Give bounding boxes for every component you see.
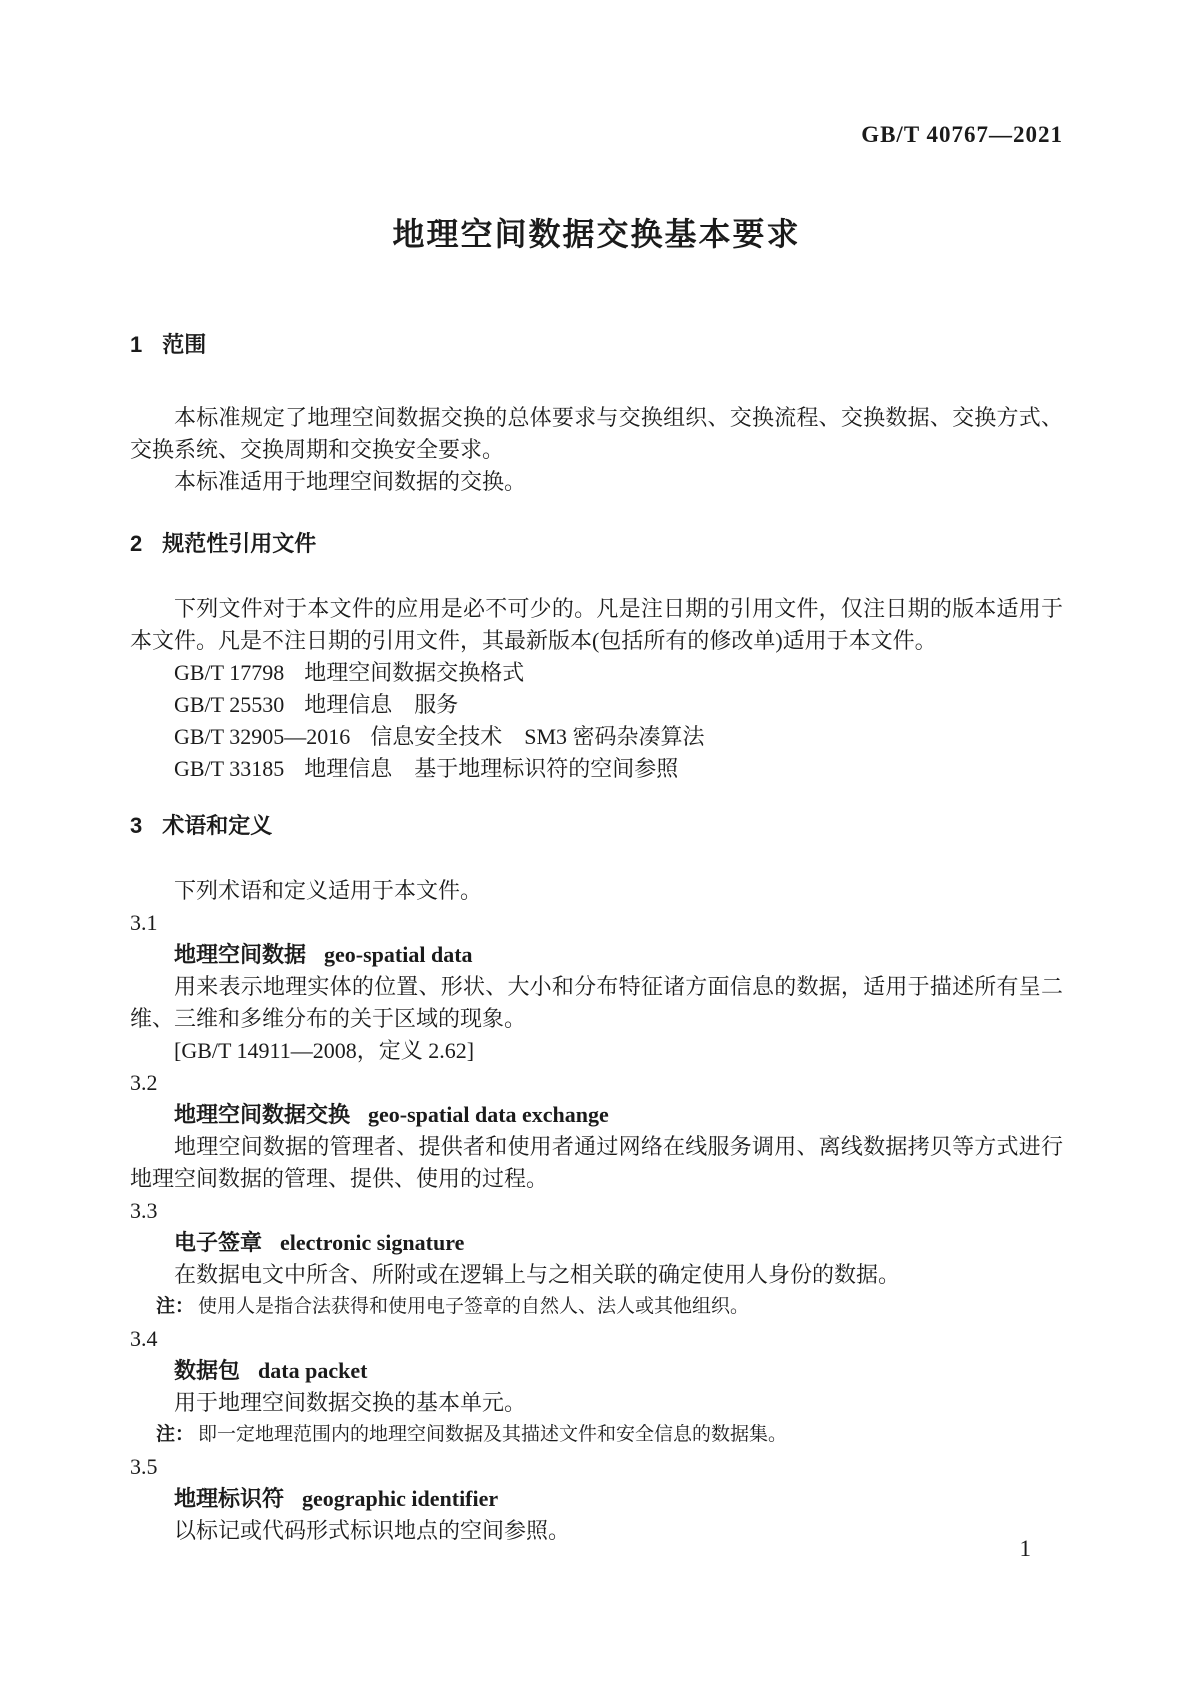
section-2-title: 规范性引用文件 (162, 531, 316, 556)
term-zh: 地理空间数据交换 (174, 1102, 350, 1127)
term-id: 3.3 (130, 1195, 1063, 1227)
term-block-3-5: 3.5 地理标识符geographic identifier 以标记或代码形式标… (130, 1451, 1063, 1547)
term-line: 电子签章electronic signature (130, 1227, 1063, 1259)
term-block-3-1: 3.1 地理空间数据geo-spatial data 用来表示地理实体的位置、形… (130, 907, 1063, 1067)
scope-paragraph-2: 本标准适用于地理空间数据的交换。 (130, 466, 1063, 498)
note-text: 使用人是指合法获得和使用电子签章的自然人、法人或其他组织。 (198, 1296, 749, 1317)
note-text: 即一定地理范围内的地理空间数据及其描述文件和安全信息的数据集。 (198, 1424, 787, 1445)
document-title: 地理空间数据交换基本要求 (130, 214, 1063, 254)
term-line: 地理空间数据交换geo-spatial data exchange (130, 1099, 1063, 1131)
term-block-3-2: 3.2 地理空间数据交换geo-spatial data exchange 地理… (130, 1067, 1063, 1195)
reference-item: GB/T 17798地理空间数据交换格式 (130, 657, 1063, 689)
term-line: 地理空间数据geo-spatial data (130, 939, 1063, 971)
reference-name: 信息安全技术 SM3 密码杂凑算法 (370, 724, 704, 749)
note-label: 注： (156, 1424, 194, 1445)
term-id: 3.4 (130, 1323, 1063, 1355)
page-number: 1 (1020, 1536, 1032, 1562)
term-block-3-3: 3.3 电子签章electronic signature 在数据电文中所含、所附… (130, 1195, 1063, 1323)
section-1-number: 1 (130, 332, 142, 357)
term-definition: 用于地理空间数据交换的基本单元。 (130, 1387, 1063, 1419)
section-3-title: 术语和定义 (162, 813, 272, 838)
term-id: 3.1 (130, 907, 1063, 939)
term-en: geo-spatial data exchange (368, 1102, 609, 1127)
standard-code: GB/T 40767—2021 (130, 122, 1063, 148)
term-definition: 用来表示地理实体的位置、形状、大小和分布特征诸方面信息的数据，适用于描述所有呈二… (130, 971, 1063, 1035)
section-3-heading: 3术语和定义 (130, 813, 1063, 839)
term-zh: 地理空间数据 (174, 942, 306, 967)
term-en: data packet (258, 1358, 367, 1383)
term-zh: 电子签章 (174, 1230, 262, 1255)
reference-code: GB/T 33185 (174, 756, 284, 781)
term-id: 3.2 (130, 1067, 1063, 1099)
term-en: electronic signature (280, 1230, 464, 1255)
scope-paragraph-1: 本标准规定了地理空间数据交换的总体要求与交换组织、交换流程、交换数据、交换方式、… (130, 402, 1063, 466)
section-1-heading: 1范围 (130, 332, 1063, 358)
reference-item: GB/T 25530地理信息 服务 (130, 689, 1063, 721)
terms-intro: 下列术语和定义适用于本文件。 (130, 875, 1063, 907)
term-en: geo-spatial data (324, 942, 473, 967)
reference-name: 地理信息 服务 (304, 692, 458, 717)
reference-code: GB/T 17798 (174, 660, 284, 685)
reference-item: GB/T 33185地理信息 基于地理标识符的空间参照 (130, 753, 1063, 785)
document-page: GB/T 40767—2021 地理空间数据交换基本要求 1范围 本标准规定了地… (0, 0, 1191, 1684)
section-normative-references: 2规范性引用文件 下列文件对于本文件的应用是必不可少的。凡是注日期的引用文件，仅… (130, 531, 1063, 785)
term-definition: 在数据电文中所含、所附或在逻辑上与之相关联的确定使用人身份的数据。 (130, 1259, 1063, 1291)
term-note: 注：即一定地理范围内的地理空间数据及其描述文件和安全信息的数据集。 (130, 1419, 1063, 1451)
term-source: [GB/T 14911—2008，定义 2.62] (130, 1035, 1063, 1067)
section-2-heading: 2规范性引用文件 (130, 531, 1063, 557)
reference-name: 地理信息 基于地理标识符的空间参照 (304, 756, 678, 781)
section-scope: 1范围 本标准规定了地理空间数据交换的总体要求与交换组织、交换流程、交换数据、交… (130, 332, 1063, 498)
reference-item: GB/T 32905—2016信息安全技术 SM3 密码杂凑算法 (130, 721, 1063, 753)
term-note: 注：使用人是指合法获得和使用电子签章的自然人、法人或其他组织。 (130, 1291, 1063, 1323)
reference-code: GB/T 32905—2016 (174, 724, 350, 749)
term-line: 地理标识符geographic identifier (130, 1483, 1063, 1515)
section-1-title: 范围 (162, 332, 206, 357)
term-line: 数据包data packet (130, 1355, 1063, 1387)
term-definition: 以标记或代码形式标识地点的空间参照。 (130, 1515, 1063, 1547)
term-zh: 地理标识符 (174, 1486, 284, 1511)
term-definition: 地理空间数据的管理者、提供者和使用者通过网络在线服务调用、离线数据拷贝等方式进行… (130, 1131, 1063, 1195)
note-label: 注： (156, 1296, 194, 1317)
term-en: geographic identifier (302, 1486, 498, 1511)
references-intro: 下列文件对于本文件的应用是必不可少的。凡是注日期的引用文件，仅注日期的版本适用于… (130, 593, 1063, 657)
section-terms-definitions: 3术语和定义 下列术语和定义适用于本文件。 3.1 地理空间数据geo-spat… (130, 813, 1063, 1547)
term-block-3-4: 3.4 数据包data packet 用于地理空间数据交换的基本单元。 注：即一… (130, 1323, 1063, 1451)
section-2-number: 2 (130, 531, 142, 556)
section-3-number: 3 (130, 813, 142, 838)
reference-code: GB/T 25530 (174, 692, 284, 717)
term-id: 3.5 (130, 1451, 1063, 1483)
term-zh: 数据包 (174, 1358, 240, 1383)
reference-name: 地理空间数据交换格式 (304, 660, 524, 685)
